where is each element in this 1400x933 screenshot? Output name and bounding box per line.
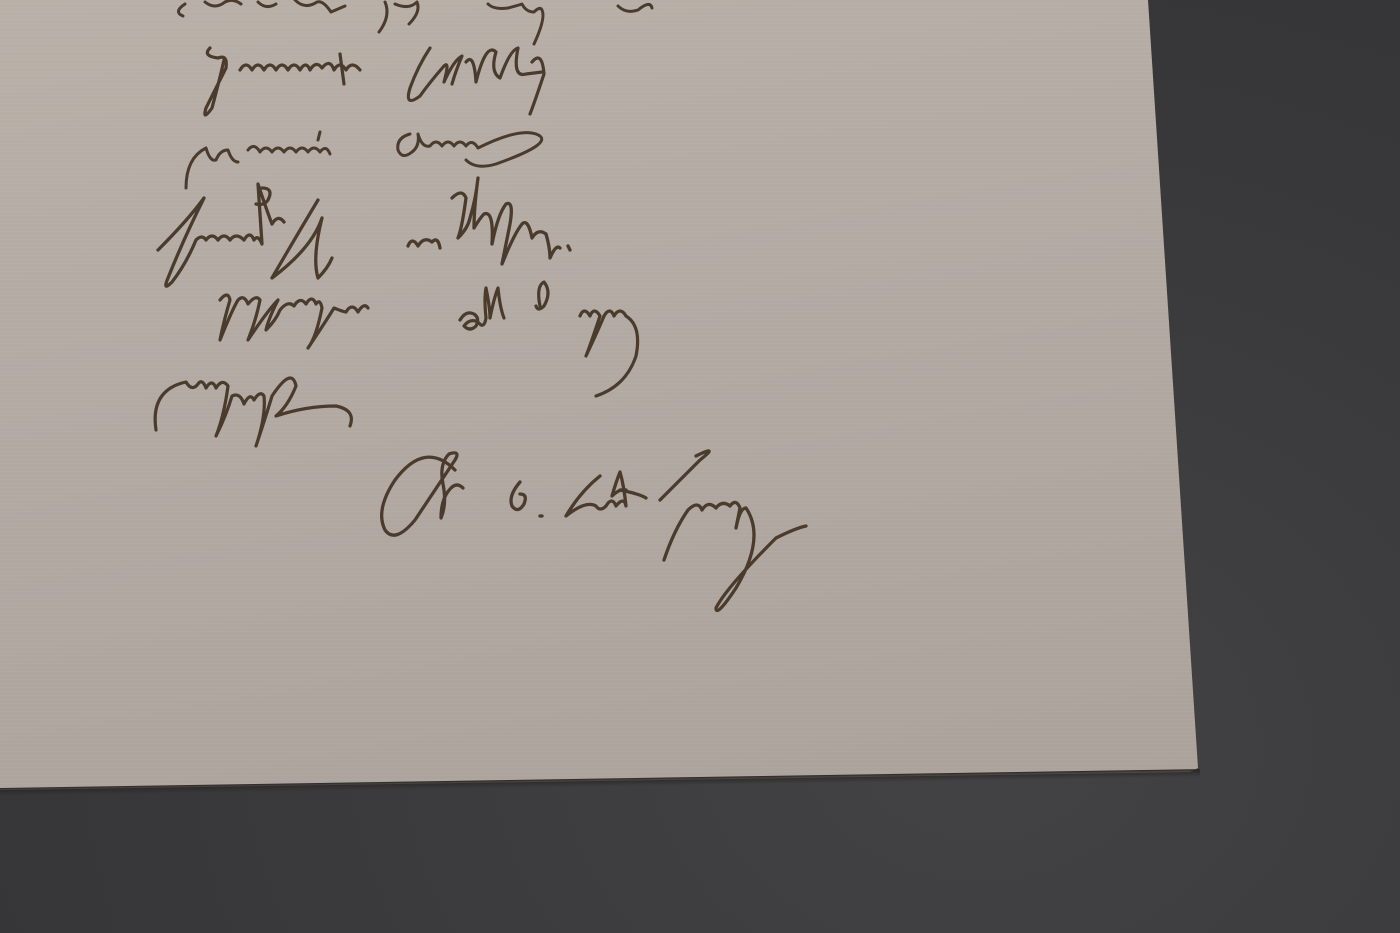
handwritten-line-3 <box>186 132 542 188</box>
handwritten-line-6 <box>155 378 351 446</box>
signature-strokes <box>382 451 806 611</box>
handwritten-line-4 <box>158 178 570 286</box>
handwritten-line-2 <box>205 48 544 115</box>
handwritten-line-1 <box>178 0 652 44</box>
handwritten-line-5 <box>220 282 638 396</box>
handwriting-ink <box>0 0 1400 933</box>
